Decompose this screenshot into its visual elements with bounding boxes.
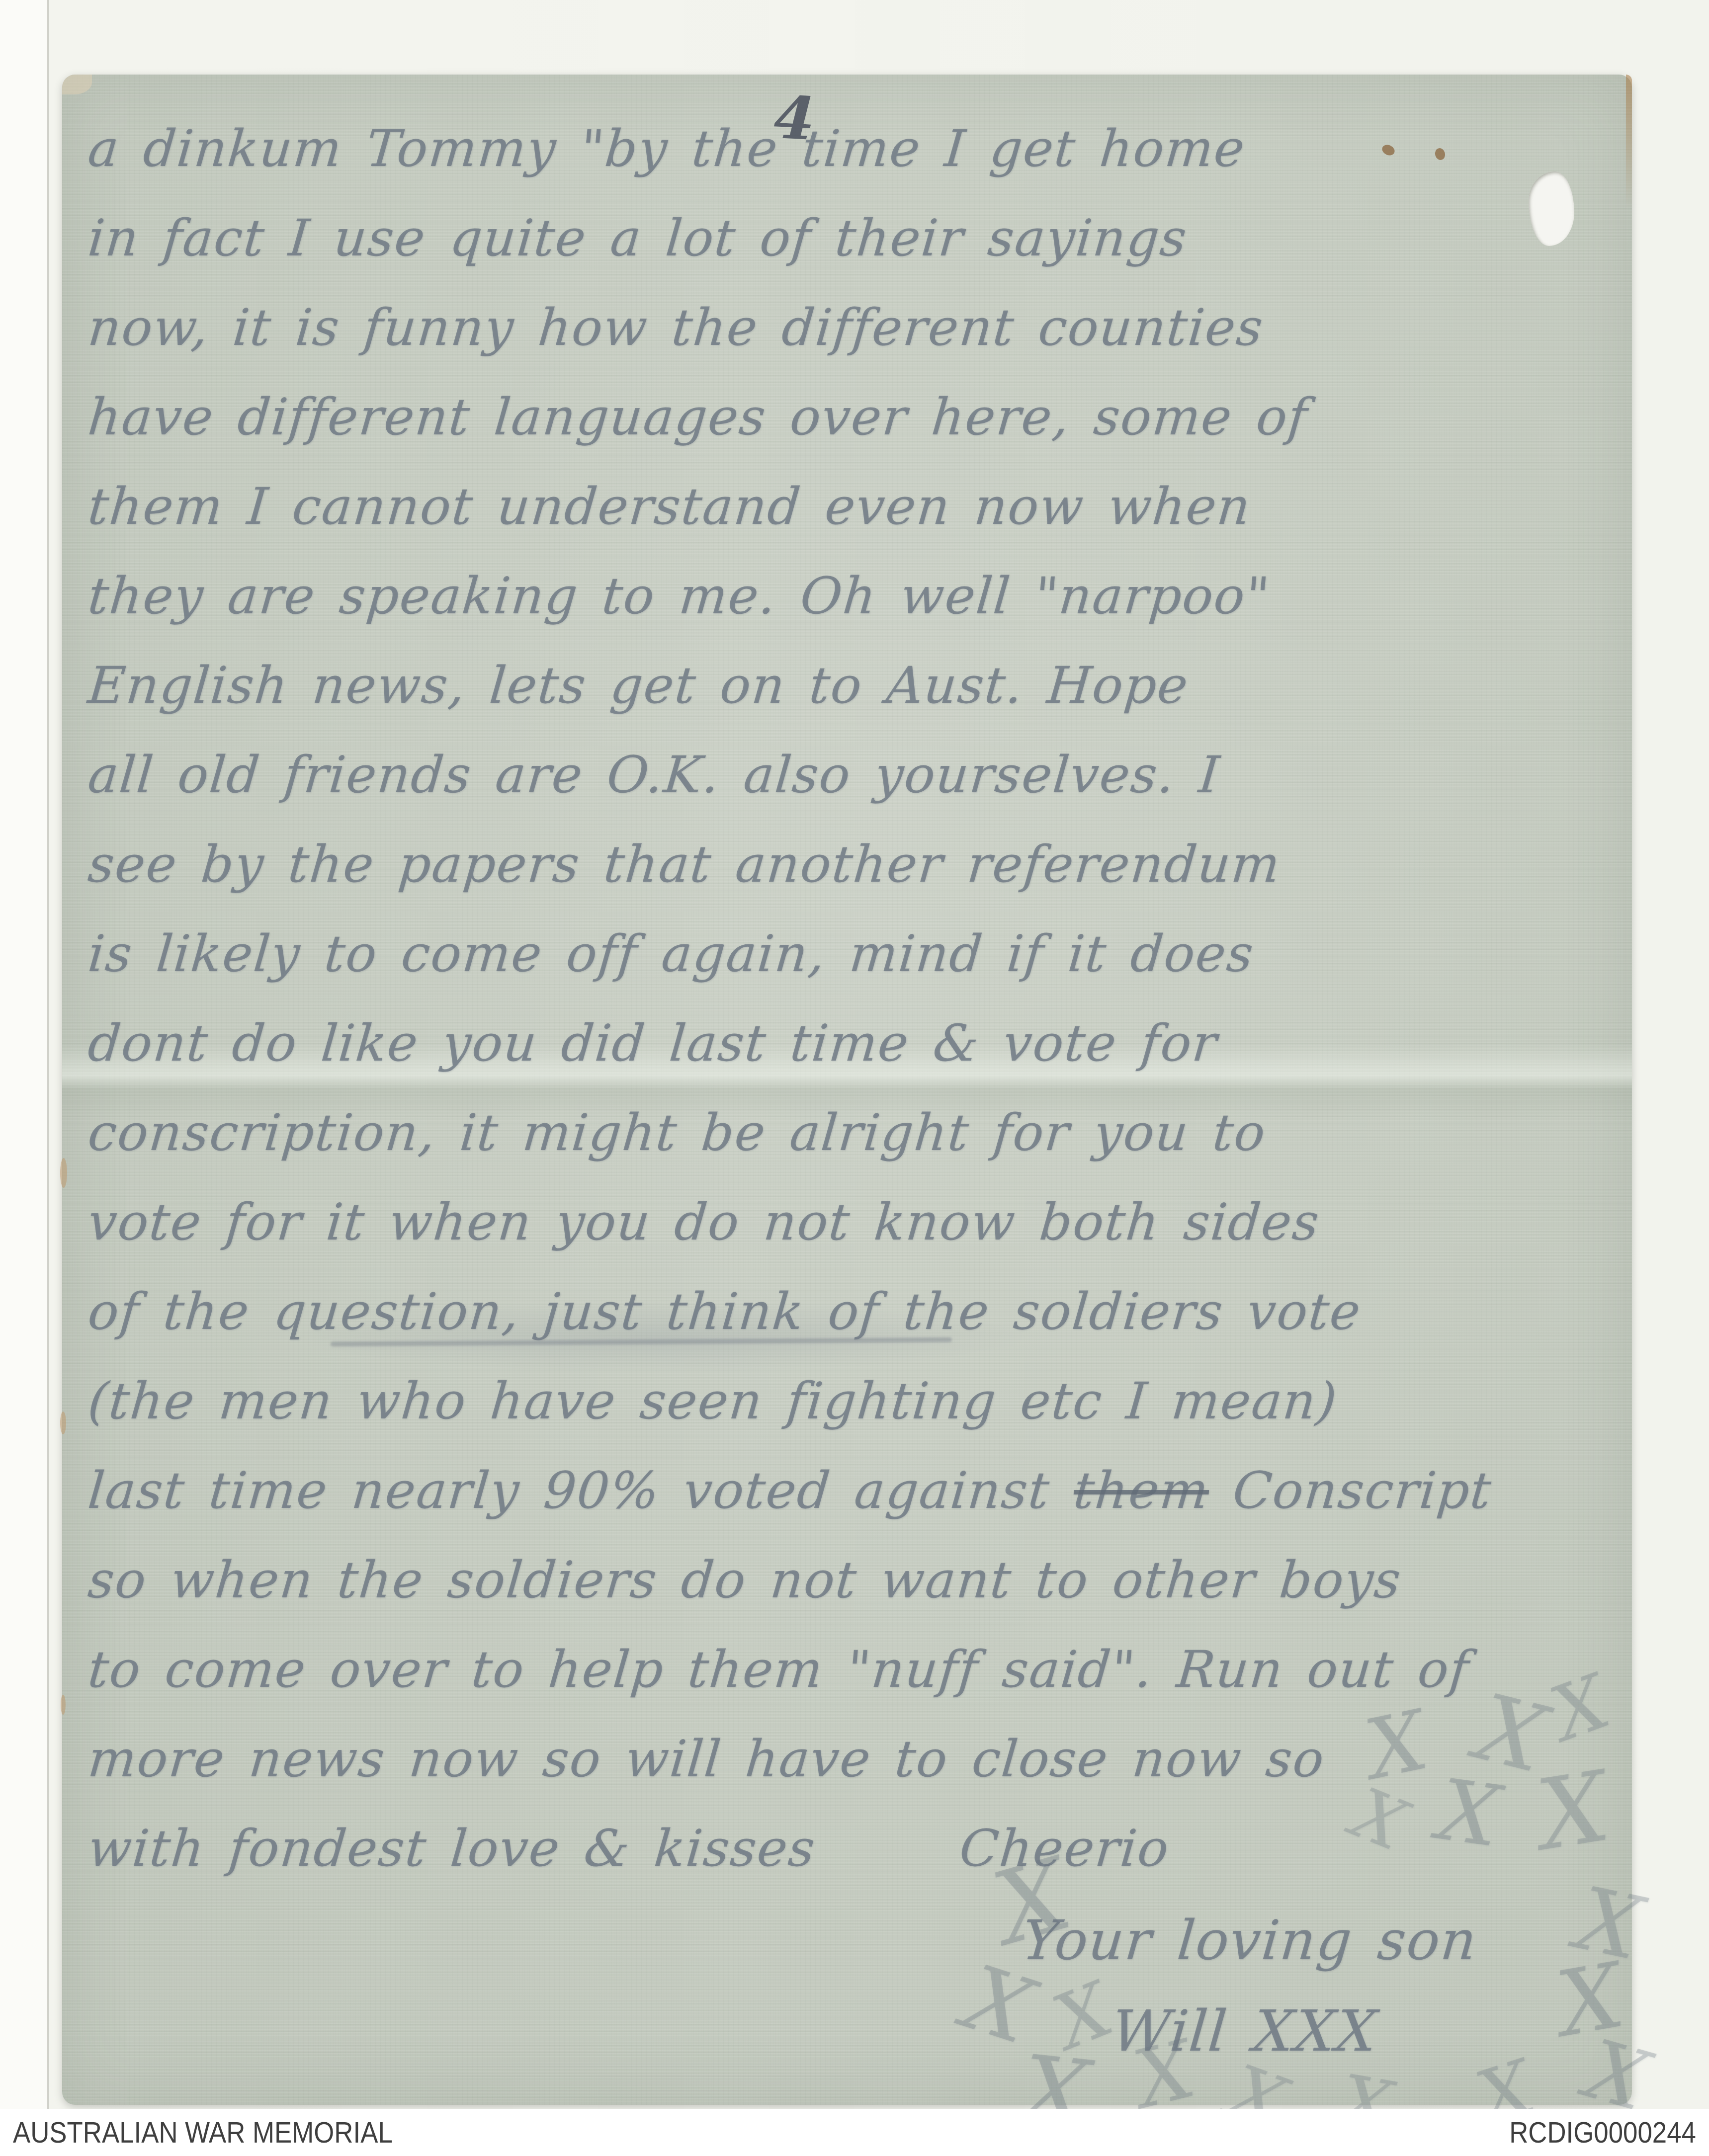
letter-line: (the men who have seen fighting etc I me…: [83, 1372, 1630, 1461]
letter-line: see by the papers that another referendu…: [83, 835, 1630, 924]
letter-line: in fact I use quite a lot of their sayin…: [83, 209, 1630, 298]
letter-line: all old friends are O.K. also yourselves…: [83, 746, 1630, 835]
letter-line: conscription, it might be alright for yo…: [83, 1103, 1630, 1193]
paper-corner-wear: [62, 75, 92, 94]
archive-footer-reference-id: RCDIG0000244: [1509, 2115, 1696, 2150]
letter-line: Your loving son: [83, 1908, 1630, 1998]
letter-line: of the question, just think of the soldi…: [83, 1282, 1630, 1372]
paper-edge-nick: [61, 1695, 66, 1715]
paper-edge-nick: [60, 1158, 67, 1188]
letter-line: them I cannot understand even now when: [83, 477, 1630, 567]
letter-line: they are speaking to me. Oh well "narpoo…: [83, 567, 1630, 656]
letter-line: last time nearly 90% voted against them …: [83, 1461, 1630, 1551]
letter-paper: 4 a dinkum Tommy "by the time I get home…: [62, 75, 1632, 2105]
letter-line: is likely to come off again, mind if it …: [83, 924, 1630, 1014]
letter-line: Will XXX: [83, 1998, 1630, 2087]
archive-scan-page: { "document": { "type": "handwritten-let…: [0, 0, 1709, 2156]
letter-line: have different languages over here, some…: [83, 388, 1630, 477]
archive-footer-bar: AUSTRALIAN WAR MEMORIAL RCDIG0000244: [0, 2109, 1709, 2156]
scanner-edge-line: [47, 0, 49, 2109]
letter-line: a dinkum Tommy "by the time I get home: [83, 119, 1630, 209]
letter-line: English news, lets get on to Aust. Hope: [83, 656, 1630, 746]
paper-edge-nick: [60, 1411, 66, 1434]
letter-line: dont do like you did last time & vote fo…: [83, 1014, 1630, 1103]
letter-line: so when the soldiers do not want to othe…: [83, 1551, 1630, 1640]
letter-line: now, it is funny how the different count…: [83, 298, 1630, 388]
letter-line: vote for it when you do not know both si…: [83, 1193, 1630, 1282]
archive-footer-institution: AUSTRALIAN WAR MEMORIAL: [13, 2115, 393, 2150]
